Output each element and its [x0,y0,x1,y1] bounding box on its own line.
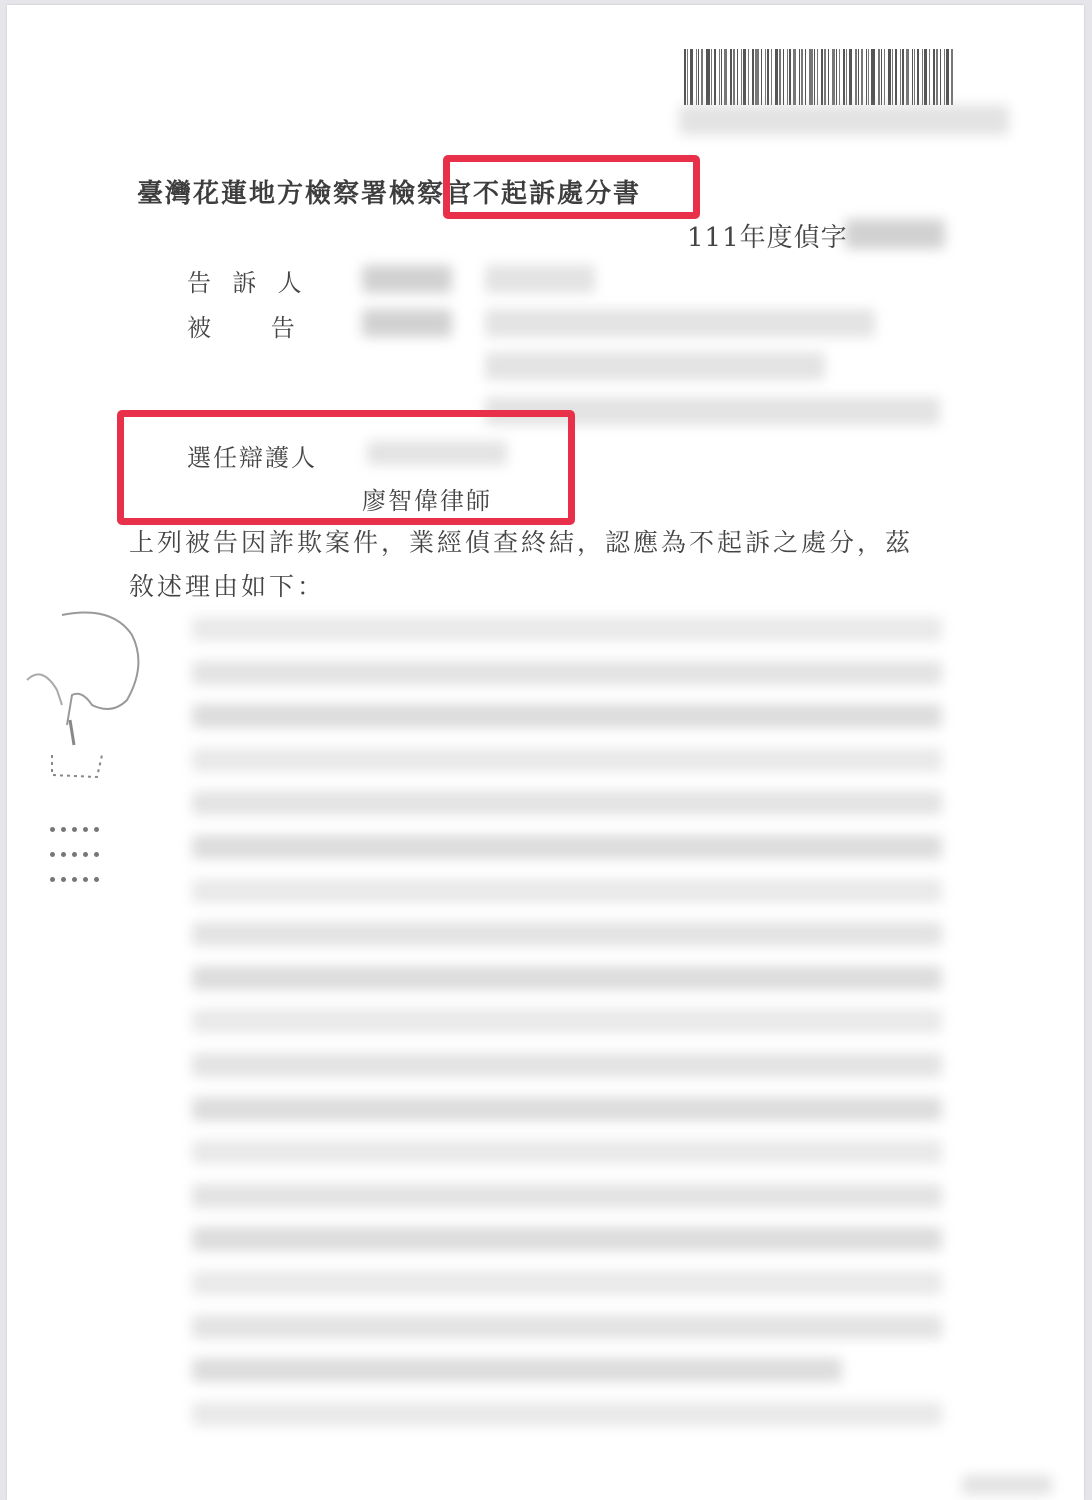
redacted-body-line [192,966,942,990]
barcode-icon [684,49,1008,105]
redacted-body-line [192,1009,942,1033]
case-number: 111年度偵字 [687,217,848,254]
redacted-body-line [192,1227,942,1251]
redacted-defendant-name [362,309,452,337]
party-role-complainant: 告 訴 人 [187,263,304,298]
redacted-body-line [192,791,942,815]
redacted-body-line [192,704,942,728]
document-page: 臺灣花蓮地方檢察署檢察官不起訴處分書 111年度偵字 告 訴 人 被 告 選任辯… [7,5,1084,1500]
redacted-complainant-info [485,265,595,293]
case-number-prefix: 111年度偵字 [687,223,848,253]
redacted-defendant-info-1 [485,309,875,337]
redacted-body-line [192,1358,842,1382]
highlight-box-title [443,155,700,219]
highlight-box-counsel [117,410,575,525]
redacted-barcode-number [679,105,1009,135]
redacted-page-footer [962,1475,1052,1495]
redacted-defendant-info-2 [485,352,825,380]
seal-stamp-icon [22,605,142,895]
redacted-body-line [192,748,942,772]
redacted-complainant-name [362,265,452,293]
redacted-body-line [192,922,942,946]
redacted-body-line [192,1315,942,1339]
redacted-body-line [192,1140,942,1164]
intro-line-2: 敘述理由如下： [129,567,325,603]
redacted-body-line [192,1053,942,1077]
redacted-body-line [192,617,942,641]
redacted-body-line [192,1097,942,1121]
redacted-body-line [192,1271,942,1295]
party-role-defendant: 被 告 [187,308,297,343]
redacted-body-line [192,1184,942,1208]
redacted-body-line [192,879,942,903]
redacted-body-line [192,661,942,685]
redacted-body-line [192,1402,942,1426]
title-prefix: 臺灣花蓮地方檢察署檢察 [137,179,445,209]
redacted-case-number [845,219,945,249]
intro-line-1: 上列被告因詐欺案件，業經偵查終結，認應為不起訴之處分，茲 [129,523,913,559]
redacted-body-line [192,835,942,859]
